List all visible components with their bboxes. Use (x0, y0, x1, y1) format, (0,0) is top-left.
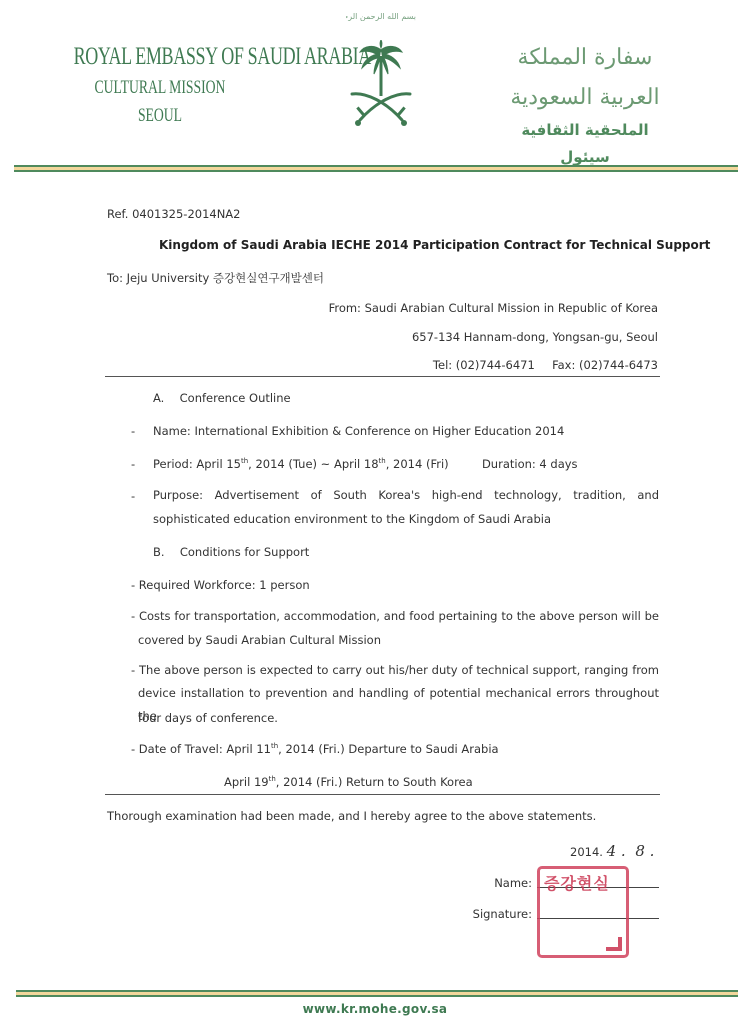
body-rule (105, 794, 660, 795)
costs-line1: - Costs for transportation, accommodatio… (131, 605, 659, 628)
conference-duration: Duration: 4 days (482, 457, 578, 471)
footer-website-link[interactable]: www.kr.mohe.gov.sa (0, 1002, 750, 1016)
signature-label: Signature: (473, 907, 532, 921)
agreement-statement: Thorough examination had been made, and … (107, 809, 596, 823)
recipient: To: Jeju University 증강현실연구개발센터 (107, 270, 324, 286)
section-b-heading: B. Conditions for Support (153, 545, 309, 559)
bullet: - (131, 489, 135, 503)
saudi-emblem: بسم الله الرحمن الرحيم (346, 10, 416, 130)
travel-return: April 19th, 2014 (Fri.) Return to South … (224, 775, 473, 789)
handwritten-day: 8 . (635, 842, 654, 860)
header-rule (105, 376, 660, 377)
conference-name: Name: International Exhibition & Confere… (153, 424, 564, 438)
section-a-heading: A. Conference Outline (153, 391, 291, 405)
document-title: Kingdom of Saudi Arabia IECHE 2014 Parti… (159, 238, 710, 252)
sender-address: 657-134 Hannam-dong, Yongsan-gu, Seoul (412, 330, 658, 344)
costs-line2: covered by Saudi Arabian Cultural Missio… (138, 633, 381, 647)
reference-number: Ref. 0401325-2014NA2 (107, 207, 241, 221)
required-workforce: - Required Workforce: 1 person (131, 578, 310, 592)
duty-line3: four days of conference. (138, 711, 278, 725)
mission-name-arabic: الملحقية الثقافية (500, 118, 670, 142)
conference-purpose-line2: sophisticated education environment to t… (153, 512, 551, 526)
signing-date: 2014. 4 . 8 . (570, 842, 654, 860)
conference-purpose-line1: Purpose: Advertisement of South Korea's … (153, 484, 659, 507)
conference-period: Period: April 15th, 2014 (Tue) ~ April 1… (153, 457, 578, 471)
travel-departure: - Date of Travel: April 11th, 2014 (Fri.… (131, 742, 499, 756)
mission-name: CULTURAL MISSION (74, 74, 247, 102)
stamp-corner-mark (606, 937, 622, 951)
name-label: Name: (494, 876, 532, 890)
sender-tel: Tel: (02)744-6471 (433, 358, 535, 372)
handwritten-month: 4 . (607, 842, 626, 860)
letterhead-arabic: سفارة المملكة العربية السعودية الملحقية … (500, 38, 670, 172)
basmala-text: بسم الله الرحمن الرحيم (346, 12, 416, 21)
sender-fax: Fax: (02)744-6473 (552, 358, 658, 372)
bullet: - (131, 457, 135, 471)
bullet: - (131, 424, 135, 438)
footer-divider-band (16, 990, 738, 998)
official-seal-stamp: 증강현실 (537, 866, 629, 958)
header-divider-band (14, 165, 738, 173)
duty-line1: - The above person is expected to carry … (131, 659, 659, 682)
palm-and-crossed-swords-icon (346, 40, 416, 140)
sender-line: From: Saudi Arabian Cultural Mission in … (329, 301, 658, 315)
sender-contact: Tel: (02)744-6471 Fax: (02)744-6473 (433, 358, 658, 372)
stamp-text: 증강현실 (544, 871, 610, 894)
embassy-name-arabic: سفارة المملكة العربية السعودية (500, 38, 670, 118)
embassy-name: ROYAL EMBASSY OF SAUDI ARABIA (74, 40, 247, 74)
city-name: SEOUL (74, 102, 247, 130)
letterhead-english: ROYAL EMBASSY OF SAUDI ARABIA CULTURAL M… (74, 40, 247, 130)
